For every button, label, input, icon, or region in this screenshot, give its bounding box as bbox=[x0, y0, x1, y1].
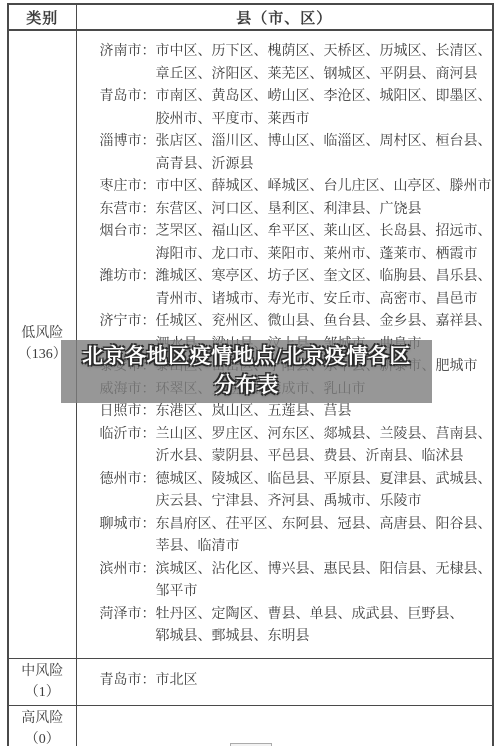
city-name: 济南市： bbox=[100, 41, 156, 86]
district: 市北区 bbox=[156, 670, 198, 693]
district: 临朐县、 bbox=[380, 266, 436, 289]
district: 肥城市 bbox=[436, 356, 478, 379]
city-name: 德州市： bbox=[100, 469, 156, 514]
district: 德城区、 bbox=[156, 469, 212, 492]
district: 牟平区、 bbox=[268, 221, 324, 244]
district: 章丘区、 bbox=[156, 64, 212, 87]
district: 夏津县、 bbox=[380, 469, 436, 492]
city-entry: 青岛市：市北区 bbox=[100, 670, 493, 693]
district: 昌乐县、 bbox=[436, 266, 492, 289]
district-list: 芝罘区、福山区、牟平区、莱山区、长岛县、招远市、海阳市、龙口市、莱阳市、莱州市、… bbox=[156, 221, 500, 266]
district: 福山区、 bbox=[212, 221, 268, 244]
district: 市中区、 bbox=[156, 176, 212, 199]
city-entry: 东营市：东营区、河口区、垦利区、利津县、广饶县 bbox=[100, 199, 493, 222]
district: 蒙阴县、 bbox=[212, 446, 268, 469]
district: 陵城区、 bbox=[212, 469, 268, 492]
district: 周村区、 bbox=[380, 131, 436, 154]
district: 诸城市、 bbox=[212, 289, 268, 312]
district: 阳谷县、 bbox=[436, 514, 492, 537]
district: 东营区、 bbox=[156, 199, 212, 222]
district: 兰陵县、 bbox=[380, 424, 436, 447]
city-entry: 枣庄市：市中区、薛城区、峄城区、台儿庄区、山亭区、滕州市 bbox=[100, 176, 493, 199]
district: 巨野县、 bbox=[408, 604, 464, 627]
city-entry: 菏泽市：牡丹区、定陶区、曹县、单县、成武县、巨野县、郓城县、鄄城县、东明县 bbox=[100, 604, 493, 649]
district: 博兴县、 bbox=[268, 559, 324, 582]
district-list: 市中区、薛城区、峄城区、台儿庄区、山亭区、滕州市 bbox=[156, 176, 500, 199]
district: 岚山区、 bbox=[212, 401, 268, 424]
district: 乐陵市 bbox=[380, 491, 422, 514]
city-entry: 潍坊市：潍城区、寒亭区、坊子区、奎文区、临朐县、昌乐县、青州市、诸城市、寿光市、… bbox=[100, 266, 493, 311]
district-list: 兰山区、罗庄区、河东区、郯城县、兰陵县、莒南县、沂水县、蒙阴县、平邑县、费县、沂… bbox=[156, 424, 500, 469]
district: 庆云县、 bbox=[156, 491, 212, 514]
district: 张店区、 bbox=[156, 131, 212, 154]
category-count: （1） bbox=[10, 682, 75, 703]
district: 微山县、 bbox=[268, 311, 324, 334]
district: 城阳区、 bbox=[380, 86, 436, 109]
district: 临沭县 bbox=[422, 446, 464, 469]
district: 钢城区、 bbox=[324, 64, 380, 87]
district: 市中区、 bbox=[156, 41, 212, 64]
district-cell-high bbox=[76, 705, 493, 746]
district: 栖霞市 bbox=[436, 244, 478, 267]
category-count: （0） bbox=[10, 729, 75, 746]
district: 沂源县 bbox=[212, 154, 254, 177]
district: 海阳市、 bbox=[156, 244, 212, 267]
district: 罗庄区、 bbox=[212, 424, 268, 447]
district: 曹县、 bbox=[268, 604, 310, 627]
district: 沾化区、 bbox=[212, 559, 268, 582]
city-name: 淄博市： bbox=[100, 131, 156, 176]
city-entry: 青岛市：市南区、黄岛区、崂山区、李沧区、城阳区、即墨区、胶州市、平度市、莱西市 bbox=[100, 86, 493, 131]
district: 青州市、 bbox=[156, 289, 212, 312]
district: 崂山区、 bbox=[268, 86, 324, 109]
city-name: 青岛市： bbox=[100, 670, 156, 693]
district: 潍城区、 bbox=[156, 266, 212, 289]
district: 沂水县、 bbox=[156, 446, 212, 469]
city-name: 潍坊市： bbox=[100, 266, 156, 311]
district: 寒亭区、 bbox=[212, 266, 268, 289]
city-entry: 济南市：市中区、历下区、槐荫区、天桥区、历城区、长清区、章丘区、济阳区、莱芜区、… bbox=[100, 41, 493, 86]
district: 天桥区、 bbox=[324, 41, 380, 64]
district: 利津县、 bbox=[324, 199, 380, 222]
watermark-overlay: 北京各地区疫情地点/北京疫情各区分布表 bbox=[61, 340, 432, 403]
district: 槐荫区、 bbox=[268, 41, 324, 64]
district: 历下区、 bbox=[212, 41, 268, 64]
district: 嘉祥县、 bbox=[436, 311, 492, 334]
district: 垦利区、 bbox=[268, 199, 324, 222]
district: 李沧区、 bbox=[324, 86, 380, 109]
city-name: 烟台市： bbox=[100, 221, 156, 266]
district: 桓台县、 bbox=[436, 131, 492, 154]
district: 冠县、 bbox=[338, 514, 380, 537]
district: 东港区、 bbox=[156, 401, 212, 424]
district-list: 潍城区、寒亭区、坊子区、奎文区、临朐县、昌乐县、青州市、诸城市、寿光市、安丘市、… bbox=[156, 266, 500, 311]
district: 薛城区、 bbox=[212, 176, 268, 199]
district: 寿光市、 bbox=[268, 289, 324, 312]
district: 东阿县、 bbox=[282, 514, 338, 537]
district: 峄城区、 bbox=[268, 176, 324, 199]
city-name: 日照市： bbox=[100, 401, 156, 424]
district: 临淄区、 bbox=[324, 131, 380, 154]
district: 茌平区、 bbox=[226, 514, 282, 537]
district: 高密市、 bbox=[380, 289, 436, 312]
district-list: 市中区、历下区、槐荫区、天桥区、历城区、长清区、章丘区、济阳区、莱芜区、钢城区、… bbox=[156, 41, 500, 86]
district: 郓城县、 bbox=[156, 626, 212, 649]
district-list: 东营区、河口区、垦利区、利津县、广饶县 bbox=[156, 199, 500, 222]
district: 河口区、 bbox=[212, 199, 268, 222]
district: 莘县、 bbox=[156, 536, 198, 559]
district: 莱州市、 bbox=[324, 244, 380, 267]
district: 历城区、 bbox=[380, 41, 436, 64]
district-list: 牡丹区、定陶区、曹县、单县、成武县、巨野县、郓城县、鄄城县、东明县 bbox=[156, 604, 500, 649]
district: 平度市、 bbox=[212, 109, 268, 132]
city-entry: 淄博市：张店区、淄川区、博山区、临淄区、周村区、桓台县、高青县、沂源县 bbox=[100, 131, 493, 176]
district: 奎文区、 bbox=[324, 266, 380, 289]
district: 东昌府区、 bbox=[156, 514, 226, 537]
district: 禹城市、 bbox=[324, 491, 380, 514]
city-name: 菏泽市： bbox=[100, 604, 156, 649]
city-entry: 聊城市：东昌府区、茌平区、东阿县、冠县、高唐县、阳谷县、莘县、临清市 bbox=[100, 514, 493, 559]
district: 惠民县、 bbox=[324, 559, 380, 582]
district: 阳信县、 bbox=[380, 559, 436, 582]
city-entry: 烟台市：芝罘区、福山区、牟平区、莱山区、长岛县、招远市、海阳市、龙口市、莱阳市、… bbox=[100, 221, 493, 266]
district: 台儿庄区、 bbox=[324, 176, 394, 199]
district-list: 市南区、黄岛区、崂山区、李沧区、城阳区、即墨区、胶州市、平度市、莱西市 bbox=[156, 86, 500, 131]
district: 平原县、 bbox=[324, 469, 380, 492]
district: 广饶县 bbox=[380, 199, 422, 222]
district: 蓬莱市、 bbox=[380, 244, 436, 267]
watermark-text: 北京各地区疫情地点/北京疫情各区分布表 bbox=[79, 342, 414, 400]
district: 邹平市 bbox=[156, 581, 198, 604]
city-entry: 滨州市：滨城区、沾化区、博兴县、惠民县、阳信县、无棣县、邹平市 bbox=[100, 559, 493, 604]
district: 滨城区、 bbox=[156, 559, 212, 582]
district: 滕州市 bbox=[450, 176, 492, 199]
district-list: 德城区、陵城区、临邑县、平原县、夏津县、武城县、庆云县、宁津县、齐河县、禹城市、… bbox=[156, 469, 500, 514]
district: 坊子区、 bbox=[268, 266, 324, 289]
district: 牡丹区、 bbox=[156, 604, 212, 627]
district: 金乡县、 bbox=[380, 311, 436, 334]
district: 沂南县、 bbox=[366, 446, 422, 469]
category-label: 中风险 bbox=[10, 661, 75, 682]
city-name: 青岛市： bbox=[100, 86, 156, 131]
category-label: 高风险 bbox=[10, 708, 75, 729]
district: 齐河县、 bbox=[268, 491, 324, 514]
district: 莱阳市、 bbox=[268, 244, 324, 267]
district: 五莲县、 bbox=[268, 401, 324, 424]
district: 高唐县、 bbox=[380, 514, 436, 537]
district-list: 滨城区、沾化区、博兴县、惠民县、阳信县、无棣县、邹平市 bbox=[156, 559, 500, 604]
district: 黄岛区、 bbox=[212, 86, 268, 109]
district: 长岛县、 bbox=[380, 221, 436, 244]
district: 鱼台县、 bbox=[324, 311, 380, 334]
district: 安丘市、 bbox=[324, 289, 380, 312]
district: 淄川区、 bbox=[212, 131, 268, 154]
city-entry: 德州市：德城区、陵城区、临邑县、平原县、夏津县、武城县、庆云县、宁津县、齐河县、… bbox=[100, 469, 493, 514]
district: 胶州市、 bbox=[156, 109, 212, 132]
district: 市南区、 bbox=[156, 86, 212, 109]
district: 兰山区、 bbox=[156, 424, 212, 447]
district: 费县、 bbox=[324, 446, 366, 469]
category-cell-high: 高风险 （0） bbox=[8, 705, 76, 746]
district: 莒南县、 bbox=[436, 424, 492, 447]
district-list: 市北区 bbox=[156, 670, 500, 693]
district: 任城区、 bbox=[156, 311, 212, 334]
district: 芝罘区、 bbox=[156, 221, 212, 244]
district: 武城县、 bbox=[436, 469, 492, 492]
district: 东明县 bbox=[268, 626, 310, 649]
district: 长清区、 bbox=[436, 41, 492, 64]
table-row-medium-risk: 中风险 （1） 青岛市：市北区 bbox=[8, 658, 493, 705]
district: 临清市 bbox=[198, 536, 240, 559]
district: 即墨区、 bbox=[436, 86, 492, 109]
district: 莱山区、 bbox=[324, 221, 380, 244]
district: 高青县、 bbox=[156, 154, 212, 177]
district: 龙口市、 bbox=[212, 244, 268, 267]
district: 招远市、 bbox=[436, 221, 492, 244]
district-list: 张店区、淄川区、博山区、临淄区、周村区、桓台县、高青县、沂源县 bbox=[156, 131, 500, 176]
table-header-row: 类别 县（市、区） bbox=[8, 4, 493, 30]
district-cell-medium: 青岛市：市北区 bbox=[76, 658, 493, 705]
district: 定陶区、 bbox=[212, 604, 268, 627]
district: 临邑县、 bbox=[268, 469, 324, 492]
city-entries-medium: 青岛市：市北区 bbox=[100, 670, 493, 693]
district: 无棣县、 bbox=[436, 559, 492, 582]
district: 莒县 bbox=[324, 401, 352, 424]
district: 商河县 bbox=[436, 64, 478, 87]
header-region: 县（市、区） bbox=[76, 4, 493, 30]
header-category: 类别 bbox=[8, 4, 76, 30]
district: 宁津县、 bbox=[212, 491, 268, 514]
district: 山亭区、 bbox=[394, 176, 450, 199]
category-cell-medium: 中风险 （1） bbox=[8, 658, 76, 705]
district: 河东区、 bbox=[268, 424, 324, 447]
city-entry: 日照市：东港区、岚山区、五莲县、莒县 bbox=[100, 401, 493, 424]
district: 成武县、 bbox=[352, 604, 408, 627]
district: 平阴县、 bbox=[380, 64, 436, 87]
district: 济阳区、 bbox=[212, 64, 268, 87]
city-name: 枣庄市： bbox=[100, 176, 156, 199]
district: 兖州区、 bbox=[212, 311, 268, 334]
city-name: 临沂市： bbox=[100, 424, 156, 469]
district: 博山区、 bbox=[268, 131, 324, 154]
city-name: 聊城市： bbox=[100, 514, 156, 559]
district: 莱芜区、 bbox=[268, 64, 324, 87]
city-name: 东营市： bbox=[100, 199, 156, 222]
district: 鄄城县、 bbox=[212, 626, 268, 649]
district-list: 东昌府区、茌平区、东阿县、冠县、高唐县、阳谷县、莘县、临清市 bbox=[156, 514, 500, 559]
document-page: 类别 县（市、区） 低风险 （136） 济南市：市中区、历下区、槐荫区、天桥区、… bbox=[0, 0, 500, 746]
city-name: 滨州市： bbox=[100, 559, 156, 604]
district: 郯城县、 bbox=[324, 424, 380, 447]
district-list: 东港区、岚山区、五莲县、莒县 bbox=[156, 401, 500, 424]
district: 莱西市 bbox=[268, 109, 310, 132]
district: 单县、 bbox=[310, 604, 352, 627]
city-entry: 临沂市：兰山区、罗庄区、河东区、郯城县、兰陵县、莒南县、沂水县、蒙阴县、平邑县、… bbox=[100, 424, 493, 469]
district: 昌邑市 bbox=[436, 289, 478, 312]
table-row-high-risk: 高风险 （0） bbox=[8, 705, 493, 746]
district: 平邑县、 bbox=[268, 446, 324, 469]
